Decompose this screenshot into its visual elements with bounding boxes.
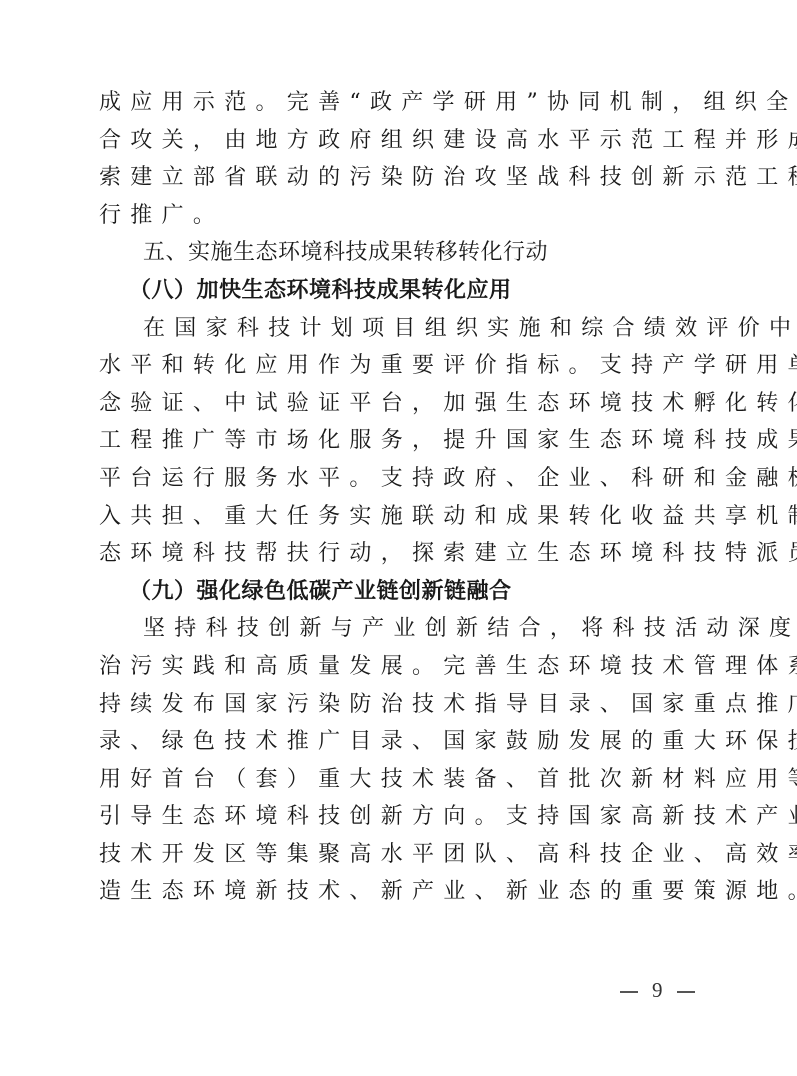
paragraph-line: 用好首台（套）重大技术装备、首批次新材料应用等普惠政策支持， — [99, 761, 701, 799]
paragraph-line: 录、绿色技术推广目录、国家鼓励发展的重大环保技术装备目录， — [99, 723, 701, 761]
page-number: 9 — [620, 978, 695, 1003]
paragraph-line: 工程推广等市场化服务，提升国家生态环境科技成果转化综合服务 — [99, 422, 701, 460]
paragraph-line: 水平和转化应用作为重要评价指标。支持产学研用单位联合建设概 — [99, 347, 701, 385]
paragraph-line: 治污实践和高质量发展。完善生态环境技术管理体系和标准规范， — [99, 648, 701, 686]
dash-decoration-right — [677, 991, 695, 993]
subsection-heading: （九）强化绿色低碳产业链创新链融合 — [99, 573, 701, 611]
paragraph-line: 合攻关，由地方政府组织建设高水平示范工程并形成技术标准，探 — [99, 122, 701, 160]
paragraph-line: 平台运行服务水平。支持政府、企业、科研和金融机构建立科技投 — [99, 460, 701, 498]
paragraph-line: 引导生态环境科技创新方向。支持国家高新技术产业开发区、经济 — [99, 798, 701, 836]
dash-decoration-left — [620, 991, 638, 993]
paragraph-line: 念验证、中试验证平台，加强生态环境技术孵化转化、设计示范、 — [99, 385, 701, 423]
paragraph-line: 态环境科技帮扶行动，探索建立生态环境科技特派员制度。 — [99, 535, 701, 573]
paragraph-line: 持续发布国家污染防治技术指导目录、国家重点推广的低碳技术目 — [99, 686, 701, 724]
paragraph-line: 成应用示范。完善“政产学研用”协同机制，组织全国优势单位联 — [99, 84, 701, 122]
paragraph-line: 入共担、重大任务实施联动和成果转化收益共享机制。深入推进生 — [99, 498, 701, 536]
page-number-value: 9 — [652, 978, 663, 1003]
paragraph-line: 在国家科技计划项目组织实施和综合绩效评价中，将成果创新 — [99, 310, 701, 348]
paragraph-line: 坚持科技创新与产业创新结合，将科技活动深度融入行业企业 — [99, 610, 701, 648]
document-page: 成应用示范。完善“政产学研用”协同机制，组织全国优势单位联 合攻关，由地方政府组… — [99, 84, 701, 911]
subsection-heading: （八）加快生态环境科技成果转化应用 — [99, 272, 701, 310]
section-heading: 五、实施生态环境科技成果转移转化行动 — [99, 234, 701, 272]
paragraph-line: 索建立部省联动的污染防治攻坚战科技创新示范工程组织模式并进 — [99, 159, 701, 197]
paragraph-line: 行推广。 — [99, 197, 701, 235]
paragraph-line: 造生态环境新技术、新产业、新业态的重要策源地。 — [99, 873, 701, 911]
paragraph-line: 技术开发区等集聚高水平团队、高科技企业、高效率孵化器等，打 — [99, 836, 701, 874]
